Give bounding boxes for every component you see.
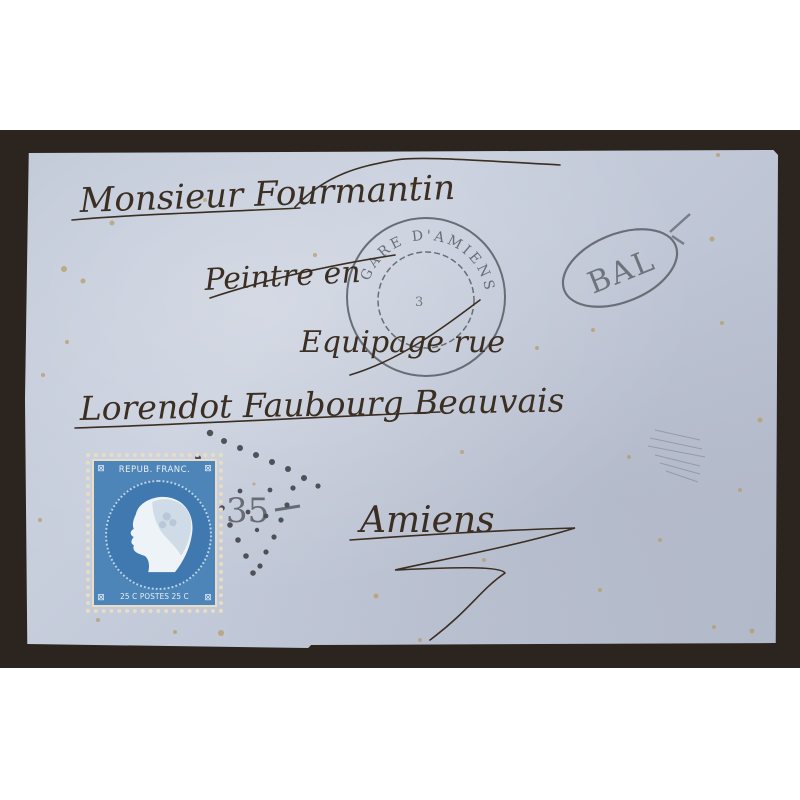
cancel-number: 35 [226,491,269,531]
stamp-corner-ornament: ⊠ [202,463,214,475]
ceres-portrait-medallion [105,480,212,590]
stamp-bottom-label: 25 C POSTES 25 C [110,590,199,604]
stamp-top-label: REPUB. FRANC. [110,463,199,477]
cancel-dash [275,506,300,510]
ceres-25c-stamp: ⊠ ⊠ ⊠ ⊠ REPUB. FRANC. 25 C POSTES 25 C [86,453,223,613]
address-line-4: Lorendot Faubourg Beauvais [78,381,564,428]
address-line-3: Equipage rue [299,325,505,360]
address-line-1: Monsieur Fourmantin [78,168,456,221]
svg-text:3: 3 [415,295,423,310]
stamp-face: ⊠ ⊠ ⊠ ⊠ REPUB. FRANC. 25 C POSTES 25 C [92,459,217,607]
stamp-corner-ornament: ⊠ [95,463,107,475]
bal-oval-marking: BAL [552,214,689,322]
ceres-head-icon [107,482,210,588]
stamp-corner-ornament: ⊠ [95,592,107,604]
address-line-2: Peintre en [203,255,362,298]
envelope-markings: GARE D'AMIENS 3 BAL Monsieur Fourmantin … [0,0,800,800]
stamp-corner-ornament: ⊠ [202,592,214,604]
ink-smudge [648,430,705,482]
